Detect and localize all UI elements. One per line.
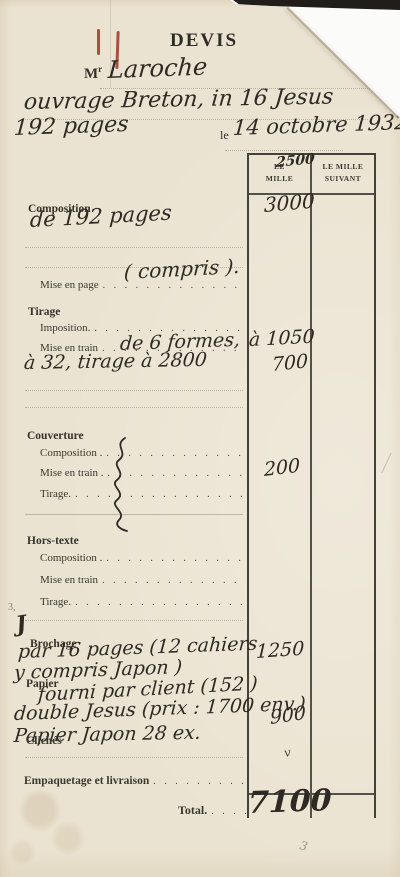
handwritten-work-line: ouvrage Breton, in 16 Jesus (23, 85, 334, 115)
rule-6 (25, 620, 243, 621)
couverture-mise-en-train-row: Mise en train . . . . . . . . . . . . . … (40, 467, 245, 479)
leader-dots: . . . . . . . . . . . . . . . . . . . . … (99, 280, 245, 291)
leader-dots: . . . . . . . . . . . . . . . . . . . . … (207, 806, 246, 817)
hors-texte-tirage-label: Tirage. (40, 596, 71, 608)
amount-tirage: 700 (272, 350, 308, 376)
amount-couverture: 200 (264, 455, 300, 482)
empaquetage-row: Empaquetage et livraison . . . . . . . .… (24, 775, 246, 787)
price-table: LE MILLE LE MILLE SUIVANT (247, 153, 376, 818)
hors-texte-mise-en-train-label: Mise en train (40, 574, 98, 586)
col1-line2: MILLE (266, 174, 294, 183)
margin-check-mark: J (14, 611, 28, 638)
quote-sheet: DEVIS Mr Laroche ouvrage Breton, in 16 J… (0, 0, 400, 877)
salutation-sup: r (98, 64, 102, 74)
page-title: DEVIS (170, 30, 238, 52)
hors-texte-composition-label: Composition . (40, 552, 102, 564)
salutation-m: M (84, 66, 98, 82)
salutation: Mr (84, 64, 102, 83)
date-prefix: le (220, 128, 229, 143)
pencil-smudge: 3 (298, 838, 309, 854)
handwritten-brace (103, 436, 137, 532)
tirage-note2: à 32, tirage à 2800 (23, 349, 208, 374)
hors-texte-mise-en-train-row: Mise en train . . . . . . . . . . . . . … (40, 574, 245, 586)
leader-dots: . . . . . . . . . . . . . . . . . . . . … (149, 776, 246, 787)
section-hors-texte-heading: Hors-texte (27, 535, 79, 547)
col2-line1: LE MILLE (323, 162, 364, 171)
red-pencil-mark-1 (97, 29, 100, 55)
hors-texte-composition-row: Composition . . . . . . . . . . . . . . … (40, 552, 245, 564)
section-cliches-heading: Clichés (26, 735, 62, 747)
pencil-slash (381, 453, 391, 473)
empaquetage-label: Empaquetage et livraison (24, 775, 149, 787)
amount-brochage: 1250 (256, 638, 305, 663)
handwritten-client-name: Laroche (107, 52, 208, 84)
couverture-tirage-label: Tirage. (40, 488, 71, 500)
hors-texte-tirage-row: Tirage. . . . . . . . . . . . . . . . . … (40, 596, 245, 608)
col2-line2: SUIVANT (325, 174, 361, 183)
couverture-composition-row: Composition . . . . . . . . . . . . . . … (40, 447, 245, 459)
leader-dots: . . . . . . . . . . . . . . . . . . . . … (71, 489, 245, 500)
couverture-mise-en-train-label: Mise en train . (40, 467, 104, 479)
section-tirage-heading: Tirage (28, 306, 60, 318)
amount-composition: 3000 (264, 188, 315, 217)
rule-3 (25, 390, 243, 391)
amount-total: 7100 (247, 783, 332, 821)
couverture-tirage-row: Tirage. . . . . . . . . . . . . . . . . … (40, 488, 245, 500)
total-row: Total. . . . . . . . . . . . . . . . . .… (178, 803, 246, 818)
table-column-divider (310, 155, 312, 818)
rule-4 (25, 407, 243, 408)
date-rule (225, 150, 343, 151)
rule-1 (25, 247, 243, 248)
mise-en-page-label: Mise en page (40, 279, 99, 291)
section-couverture-heading: Couverture (27, 430, 84, 442)
table-header-col2: LE MILLE SUIVANT (311, 161, 375, 185)
handwritten-date: 14 octobre 1932 (232, 110, 400, 140)
imposition-label: Imposition. (40, 322, 90, 334)
total-label: Total. (178, 803, 207, 818)
couverture-composition-label: Composition . (40, 447, 102, 459)
amount-mise-en-train: à 1050 (248, 326, 315, 352)
leader-dots: . . . . . . . . . . . . . . . . . . . . … (102, 553, 245, 564)
handwritten-pages: 192 pages (13, 112, 129, 141)
rule-5 (25, 514, 243, 515)
leader-dots: . . . . . . . . . . . . . . . . . . . . … (71, 597, 245, 608)
leader-dots: . . . . . . . . . . . . . . . . . . . . … (98, 575, 245, 586)
rule-7 (25, 757, 243, 758)
